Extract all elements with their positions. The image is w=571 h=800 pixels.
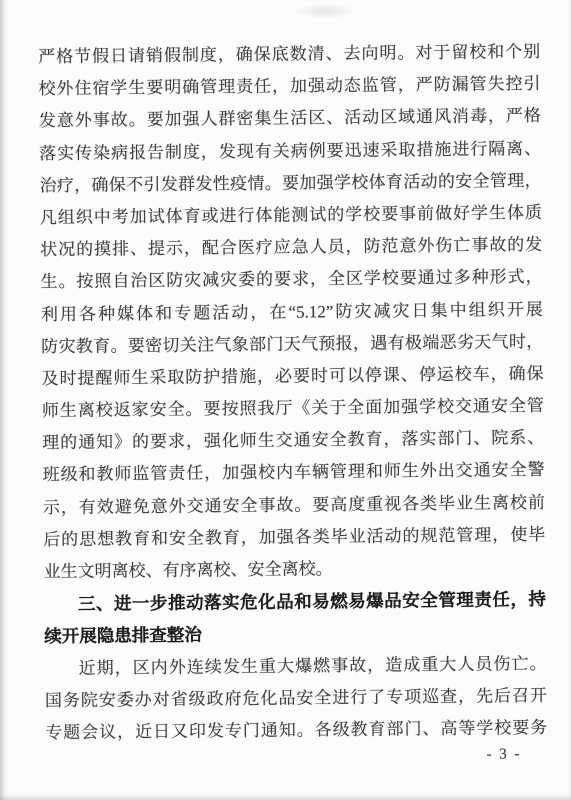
text-line: 严格节假日请销假制度，确保底数清、去向明。对于留校和个别 [38, 36, 540, 73]
text-line: 状况的摸排、提示，配合医疗应急人员，防范意外伤亡事故的发 [40, 229, 542, 266]
text-line: 近期，区内外连续发生重大爆燃事故，造成重大人员伤亡。 [44, 648, 546, 685]
text-line: 专题会议，近日又印发专门通知。各级教育部门、高等学校要务 [45, 712, 547, 749]
text-line: 防灾教育。要密切关注气象部门天气预报，遇有极端恶劣天气时， [41, 326, 543, 363]
text-line: 理的通知》的要求，强化师生交通安全教育，落实部门、院系、 [42, 422, 544, 459]
text-line: 及时提醒师生采取防护措施，必要时可以停课、停运校车，确保 [41, 358, 543, 395]
text-line: 国务院安委办对省级政府危化品安全进行了专项巡查，先后召开 [45, 680, 547, 717]
scan-smudge-artifact [293, 3, 357, 19]
text-line: 利用各种媒体和专题活动，在“5.12”防灾减灾日集中组织开展 [41, 293, 543, 330]
section-heading-line: 续开展隐患排查整治 [44, 615, 546, 652]
text-line: 治疗，确保不引发群发性疫情。要加强学校体育活动的安全管理， [39, 165, 541, 202]
text-line: 示，有效避免意外交通安全事故。要高度重视各类毕业生离校前 [43, 487, 545, 524]
page-number: - 3 - [45, 746, 547, 767]
section-heading-line: 三、进一步推动落实危化品和易燃易爆品安全管理责任，持 [44, 583, 546, 620]
document-text-block: 严格节假日请销假制度，确保底数清、去向明。对于留校和个别 校外住宿学生要明确管理… [38, 36, 548, 767]
text-line: 发意外事故。要加强人群密集生活区、活动区域通风消毒，严格 [39, 100, 541, 137]
text-line: 业生文明离校、有序离校、安全离校。 [43, 551, 545, 588]
scanned-page: { "colors": { "page_background": "#fcfcf… [0, 0, 571, 800]
text-line: 校外住宿学生要明确管理责任，加强动态监管，严防漏管失控引 [38, 68, 540, 105]
text-line: 落实传染病报告制度，发现有关病例要迅速采取措施进行隔离、 [39, 133, 541, 170]
text-line: 班级和教师监管责任，加强校内车辆管理和师生外出交通安全警 [42, 454, 544, 491]
text-line: 后的思想教育和安全教育，加强各类毕业活动的规范管理，使毕 [43, 519, 545, 556]
text-line: 师生离校返家安全。要按照我厅《关于全面加强学校交通安全管 [42, 390, 544, 427]
scan-edge-shadow-left [0, 0, 8, 800]
scan-edge-shadow-bottom [0, 794, 571, 800]
text-line: 凡组织中考加试体育或进行体能测试的学校要事前做好学生体质 [40, 197, 542, 234]
text-line: 生。按照自治区防灾减灾委的要求，全区学校要通过多种形式， [40, 261, 542, 298]
